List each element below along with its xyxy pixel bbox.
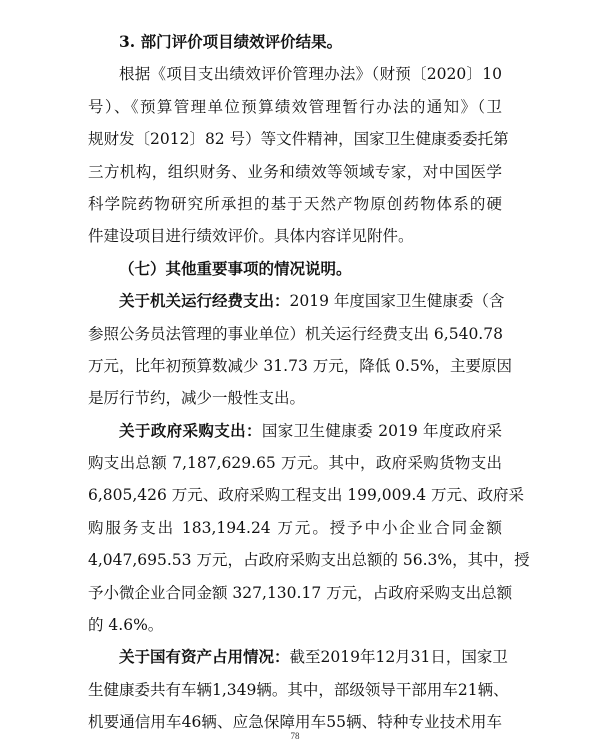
text-line: 三方机构，组织财务、业务和绩效等领域专家，对中国医学 bbox=[88, 156, 502, 188]
text-line: 万元，比年初预算数减少 31.73 万元，降低 0.5%，主要原因 bbox=[88, 350, 502, 382]
text-line: 号）、《预算管理单位预算绩效管理暂行办法的通知》（卫 bbox=[88, 91, 502, 123]
text-line: 购服务支出 183,194.24 万元。授予中小企业合同金额 bbox=[88, 512, 502, 544]
text-line: 科学院药物研究所承担的基于天然产物原创药物体系的硬 bbox=[88, 188, 502, 220]
paragraph-operating-expenses: 关于机关运行经费支出：2019 年度国家卫生健康委（含 参照公务员法管理的事业单… bbox=[88, 285, 502, 415]
text-line: 购支出总额 7,187,629.65 万元。其中，政府采购货物支出 bbox=[88, 447, 502, 479]
paragraph-state-assets: 关于国有资产占用情况：截至2019年12月31日，国家卫 生健康委共有车辆1,3… bbox=[88, 641, 502, 738]
paragraph-lead: 关于政府采购支出： bbox=[119, 421, 262, 440]
text-line: 关于政府采购支出：国家卫生健康委 2019 年度政府采 bbox=[88, 415, 502, 447]
document-page: 3. 部门评价项目绩效评价结果。 根据《项目支出绩效评价管理办法》（财预〔202… bbox=[88, 26, 502, 739]
paragraph-lead: 关于国有资产占用情况： bbox=[119, 647, 290, 666]
paragraph-procurement: 关于政府采购支出：国家卫生健康委 2019 年度政府采 购支出总额 7,187,… bbox=[88, 415, 502, 642]
paragraph-evaluation: 根据《项目支出绩效评价管理办法》（财预〔2020〕10 号）、《预算管理单位预算… bbox=[88, 58, 502, 252]
text-line: 生健康委共有车辆1,349辆。其中，部级领导干部用车21辆、 bbox=[88, 674, 502, 706]
text-line: 6,805,426 万元、政府采购工程支出 199,009.4 万元、政府采 bbox=[88, 479, 502, 511]
text-line: 的 4.6%。 bbox=[88, 609, 502, 641]
page-number: 78 bbox=[0, 731, 590, 741]
text-line: 关于国有资产占用情况：截至2019年12月31日，国家卫 bbox=[88, 641, 502, 673]
text-line: 关于机关运行经费支出：2019 年度国家卫生健康委（含 bbox=[88, 285, 502, 317]
section-heading-other-matters: （七）其他重要事项的情况说明。 bbox=[88, 253, 502, 285]
text-line: 规财发〔2012〕82 号）等文件精神，国家卫生健康委委托第 bbox=[88, 123, 502, 155]
paragraph-lead: 关于机关运行经费支出： bbox=[119, 291, 290, 310]
text-line: 4,047,695.53 万元，占政府采购支出总额的 56.3%，其中，授 bbox=[88, 544, 502, 576]
heading-dept-evaluation: 3. 部门评价项目绩效评价结果。 bbox=[88, 26, 502, 58]
text-line: 予小微企业合同金额 327,130.17 万元，占政府采购支出总额 bbox=[88, 577, 502, 609]
text-line: 是厉行节约，减少一般性支出。 bbox=[88, 382, 502, 414]
text-line: 参照公务员法管理的事业单位）机关运行经费支出 6,540.78 bbox=[88, 318, 502, 350]
text-line: 根据《项目支出绩效评价管理办法》（财预〔2020〕10 bbox=[88, 58, 502, 90]
text-line: 件建设项目进行绩效评价。具体内容详见附件。 bbox=[88, 220, 502, 252]
